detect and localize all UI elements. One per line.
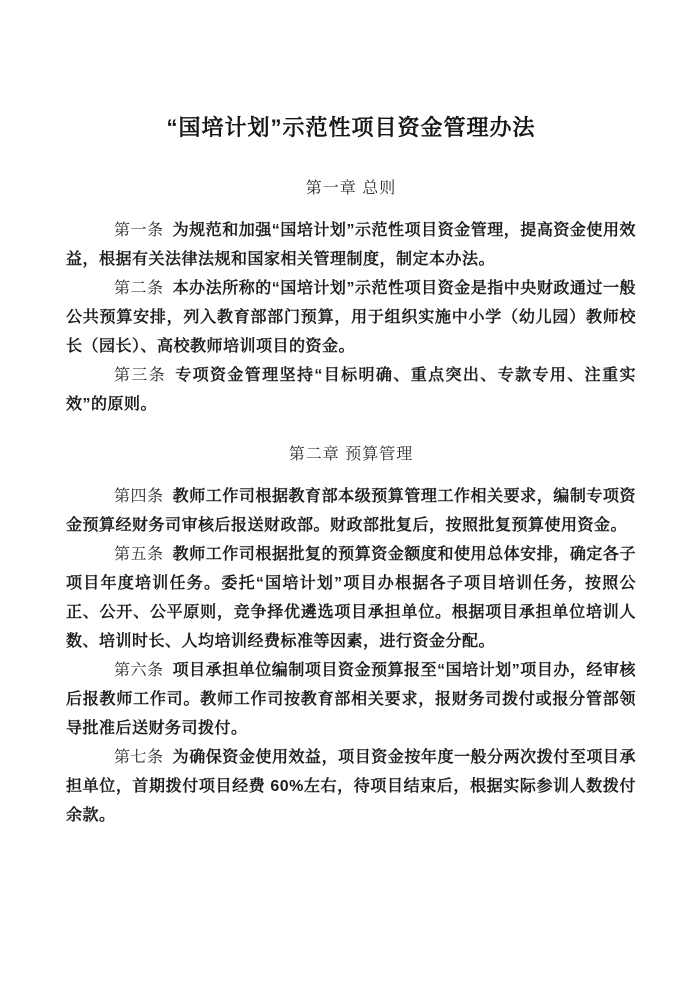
document-title: “国培计划”示范性项目资金管理办法 (66, 112, 636, 144)
article-number-label-4: 第四条 (114, 488, 164, 505)
article-number-label-7: 第七条 (114, 749, 164, 766)
article-paragraph-3: 第三条专项资金管理坚持“目标明确、重点突出、专款专用、注重实效”的原则。 (66, 361, 636, 419)
article-paragraph-6: 第六条项目承担单位编制项目资金预算报至“国培计划”项目办，经审核后报教师工作司。… (66, 656, 636, 743)
article-paragraph-1: 第一条为规范和加强“国培计划”示范性项目资金管理，提高资金使用效益，根据有关法律… (66, 216, 636, 274)
document-page: “国培计划”示范性项目资金管理办法 第一章 总则 第一条为规范和加强“国培计划”… (0, 0, 700, 994)
article-paragraph-2: 第二条本办法所称的“国培计划”示范性项目资金是指中央财政通过一般公共预算安排，列… (66, 274, 636, 361)
article-number-label-5: 第五条 (114, 546, 164, 563)
article-number-label-3: 第三条 (114, 367, 166, 384)
article-number-label-6: 第六条 (114, 662, 164, 679)
article-number-label-2: 第二条 (114, 280, 164, 297)
chapter-heading-2: 第二章 预算管理 (66, 440, 636, 469)
article-paragraph-4: 第四条教师工作司根据教育部本级预算管理工作相关要求，编制专项资金预算经财务司审核… (66, 482, 636, 540)
chapter-heading-1: 第一章 总则 (66, 174, 636, 203)
article-paragraph-5: 第五条教师工作司根据批复的预算资金额度和使用总体安排，确定各子项目年度培训任务。… (66, 540, 636, 656)
article-number-label-1: 第一条 (114, 222, 164, 239)
article-paragraph-7: 第七条为确保资金使用效益，项目资金按年度一般分两次拨付至项目承担单位，首期拨付项… (66, 743, 636, 830)
